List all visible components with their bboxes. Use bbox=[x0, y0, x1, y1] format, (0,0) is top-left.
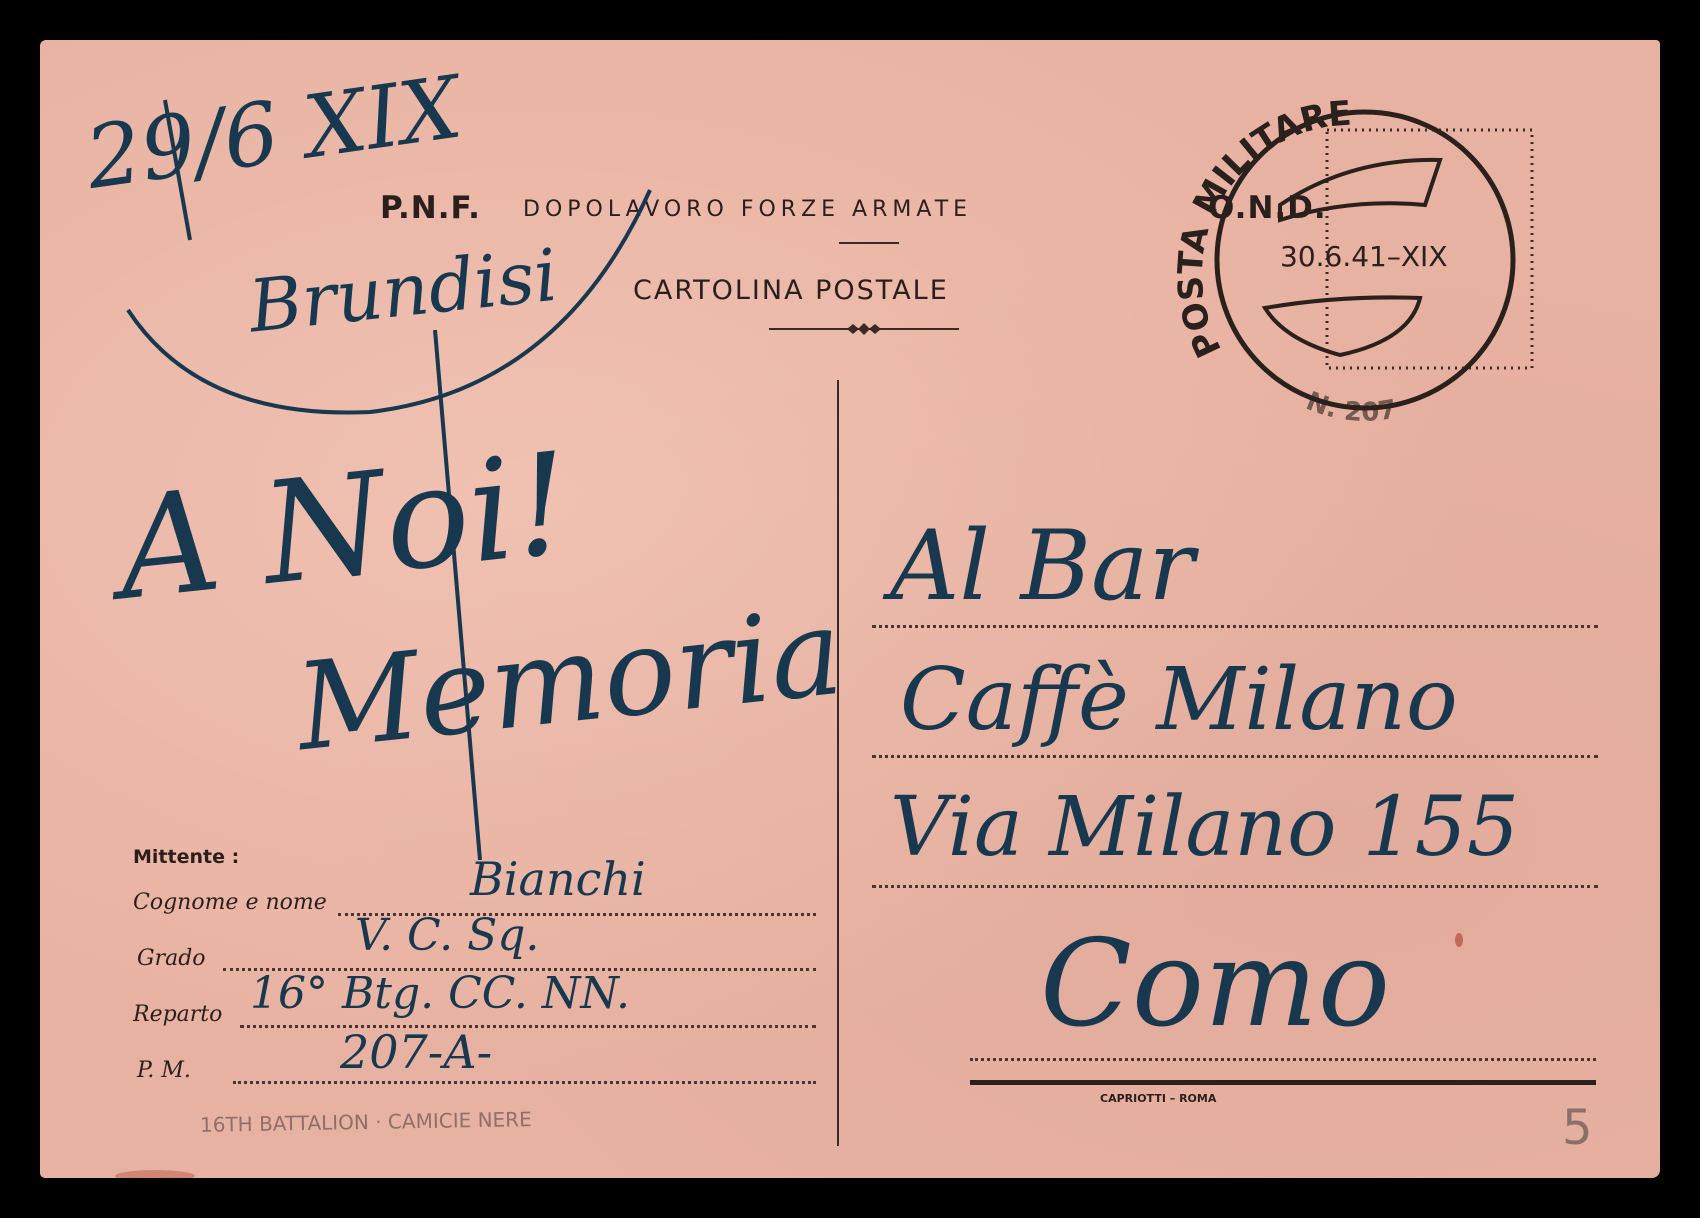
message-line-1: A Noi! bbox=[110, 423, 578, 633]
pencil-number: 5 bbox=[1562, 1100, 1593, 1156]
pencil-note: 16TH BATTALION · CAMICIE NERE bbox=[200, 1107, 532, 1137]
card-title: CARTOLINA POSTALE bbox=[633, 275, 949, 306]
header-ond: O.N.D. bbox=[1208, 190, 1327, 226]
svg-text:N. 207: N. 207 bbox=[1302, 386, 1399, 428]
address-baseline-bar bbox=[970, 1080, 1596, 1085]
field-label-pm: P. M. bbox=[137, 1058, 191, 1083]
message-line-2: Memoria bbox=[290, 583, 849, 778]
sender-pm: 207-A- bbox=[340, 1025, 492, 1079]
address-city: Como bbox=[1040, 915, 1390, 1054]
postmark-number: N. 207 bbox=[1302, 386, 1399, 428]
address-business: Caffè Milano bbox=[900, 650, 1458, 750]
printer-imprint: CAPRIOTTI – ROMA bbox=[1100, 1092, 1216, 1105]
handwritten-place: Brundisi bbox=[245, 233, 561, 349]
address-line-3 bbox=[872, 885, 1598, 888]
address-street: Via Milano 155 bbox=[890, 780, 1519, 875]
address-line-1 bbox=[872, 625, 1598, 628]
field-label-name: Cognome e nome bbox=[133, 890, 327, 915]
sender-unit: 16° Btg. CC. NN. bbox=[250, 968, 630, 1019]
field-label-unit: Reparto bbox=[133, 1002, 222, 1027]
field-line-unit bbox=[240, 1025, 816, 1028]
field-line-pm bbox=[233, 1081, 816, 1084]
header-rule bbox=[839, 242, 899, 244]
postmark-date: 30.6.41–XIX bbox=[1280, 240, 1448, 273]
address-line-2 bbox=[872, 755, 1598, 758]
address-recipient: Al Bar bbox=[890, 510, 1194, 622]
ornament-divider bbox=[769, 322, 959, 336]
sender-rank: V. C. Sq. bbox=[355, 910, 539, 961]
postmark-ring-text: POSTA MILITARE bbox=[1171, 94, 1353, 364]
field-label-rank: Grado bbox=[137, 946, 206, 971]
header-organization: DOPOLAVORO FORZE ARMATE bbox=[523, 197, 972, 222]
handwritten-date: 29/6 XIX bbox=[80, 58, 467, 209]
header-pnf: P.N.F. bbox=[380, 190, 481, 226]
address-line-4 bbox=[970, 1058, 1596, 1061]
svg-text:POSTA MILITARE: POSTA MILITARE bbox=[1171, 94, 1353, 364]
postcard: P.N.F. DOPOLAVORO FORZE ARMATE O.N.D. CA… bbox=[40, 40, 1660, 1178]
vertical-divider bbox=[837, 380, 839, 1146]
sender-name: Bianchi bbox=[470, 852, 646, 906]
sender-heading: Mittente : bbox=[133, 846, 239, 868]
